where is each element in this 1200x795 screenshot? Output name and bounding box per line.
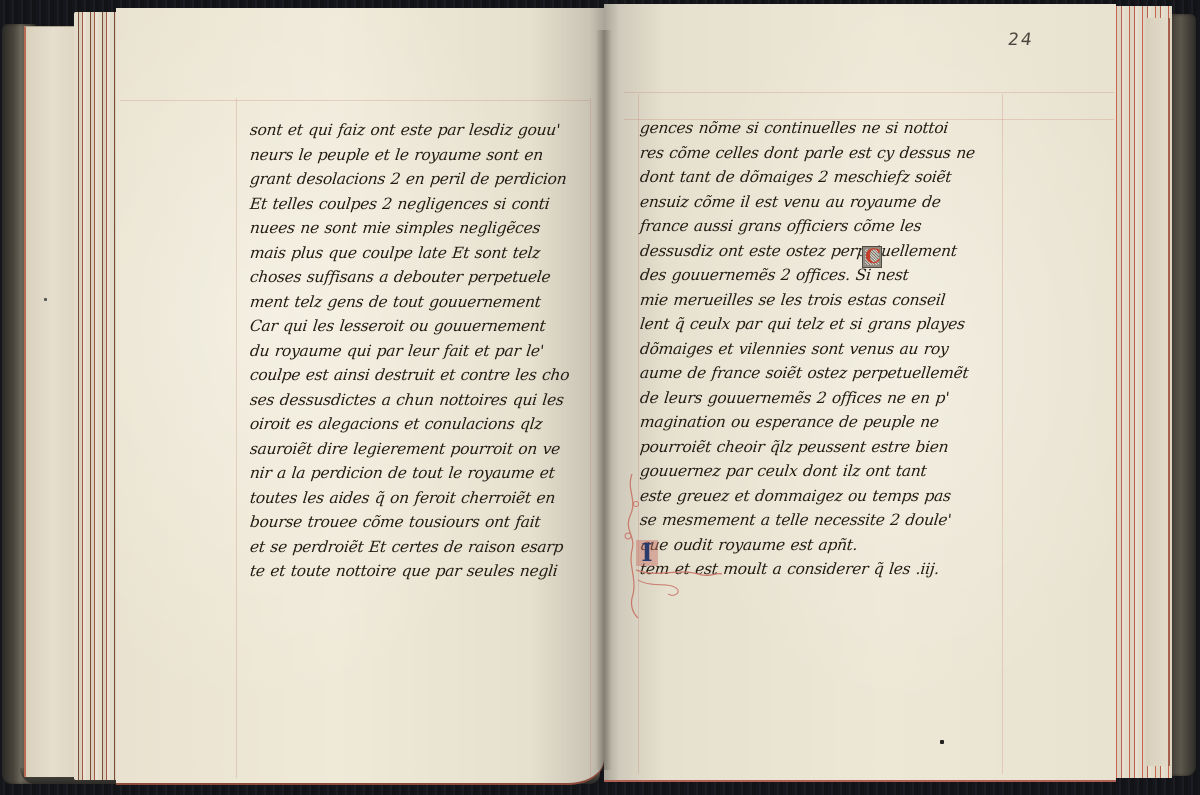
- penwork-flourish-icon: [618, 470, 728, 620]
- text-line: oiroit es alegacions et conulacions qlz: [249, 412, 597, 437]
- photo-background: 24 sont et qui faiz ont este par lesdiz …: [0, 0, 1200, 795]
- text-line: grant desolacions 2 en peril de perdicio…: [249, 167, 597, 192]
- text-line: ment telz gens de tout gouuernement: [249, 290, 597, 315]
- text-line: aume de france soiẽt ostez perpetuellemẽ…: [639, 361, 997, 386]
- text-line: des gouuernemẽs 2 offices. Si nest: [639, 263, 997, 288]
- flyleaf-left: [24, 26, 80, 777]
- ruling-line: [120, 100, 590, 101]
- ruling-margin: [1002, 94, 1003, 774]
- decorated-initial-blue: I: [636, 540, 658, 566]
- binding-right: [1168, 14, 1196, 776]
- text-line: de leurs gouuernemẽs 2 offices ne en p': [639, 386, 997, 411]
- text-line: ensuiz cõme il est venu au royaume de: [639, 190, 997, 215]
- left-page-text: sont et qui faiz ont este par lesdiz gou…: [250, 118, 595, 584]
- ink-speck: [44, 298, 47, 301]
- text-line: nuees ne sont mie simples negligẽces: [249, 216, 597, 241]
- ruling-line: [624, 92, 1114, 93]
- text-line: pourroiẽt cheoir q̃lz peussent estre bie…: [639, 435, 997, 460]
- initial-letter: I: [636, 540, 658, 566]
- page-edges-left: [74, 12, 120, 780]
- text-line: du royaume qui par leur fait et par le': [249, 339, 597, 364]
- text-line: te et toute nottoire que par seules negl…: [249, 559, 597, 584]
- text-line: sont et qui faiz ont este par lesdiz gou…: [249, 118, 597, 143]
- text-line: neurs le peuple et le royaume sont en: [249, 143, 597, 168]
- text-line: ses dessusdictes a chun nottoires qui le…: [249, 388, 597, 413]
- folio-number: 24: [1007, 30, 1035, 50]
- text-line: dessusdiz ont este ostez perpetuellement: [639, 239, 997, 264]
- decorated-initial-red: C: [862, 246, 882, 268]
- text-line: mais plus que coulpe late Et sont telz: [249, 241, 597, 266]
- text-line: bourse trouee cõme tousiours ont fait: [249, 510, 597, 535]
- text-line: mie merueilles se les trois estas consei…: [639, 288, 997, 313]
- text-line: et se perdroiẽt Et certes de raison esar…: [249, 535, 597, 560]
- text-line: toutes les aides q̃ on feroit cherroiẽt …: [249, 486, 597, 511]
- ruling-margin: [236, 98, 237, 778]
- ink-speck: [940, 740, 944, 744]
- initial-letter: C: [865, 245, 881, 267]
- text-line: res cõme celles dont parle est cy dessus…: [639, 141, 997, 166]
- text-line: Et telles coulpes 2 negligences si conti: [249, 192, 597, 217]
- text-line: Car qui les lesseroit ou gouuernement: [249, 314, 597, 339]
- text-line: france aussi grans officiers cõme les: [639, 214, 997, 239]
- text-line: magination ou esperance de peuple ne: [639, 410, 997, 435]
- text-line: lent q̃ ceulx par qui telz et si grans p…: [639, 312, 997, 337]
- text-line: gences nõme si continuelles ne si nottoi: [639, 116, 997, 141]
- text-line: dont tant de dõmaiges 2 meschiefz soiẽt: [639, 165, 997, 190]
- text-line: dõmaiges et vilennies sont venus au roy: [639, 337, 997, 362]
- text-line: coulpe est ainsi destruit et contre les …: [249, 363, 597, 388]
- flyleaf-right: [1146, 18, 1170, 766]
- text-line: sauroiẽt dire legierement pourroit on ve: [249, 437, 597, 462]
- gutter-shadow: [596, 30, 612, 770]
- text-line: nir a la perdicion de tout le royaume et: [249, 461, 597, 486]
- text-line: choses suffisans a debouter perpetuele: [249, 265, 597, 290]
